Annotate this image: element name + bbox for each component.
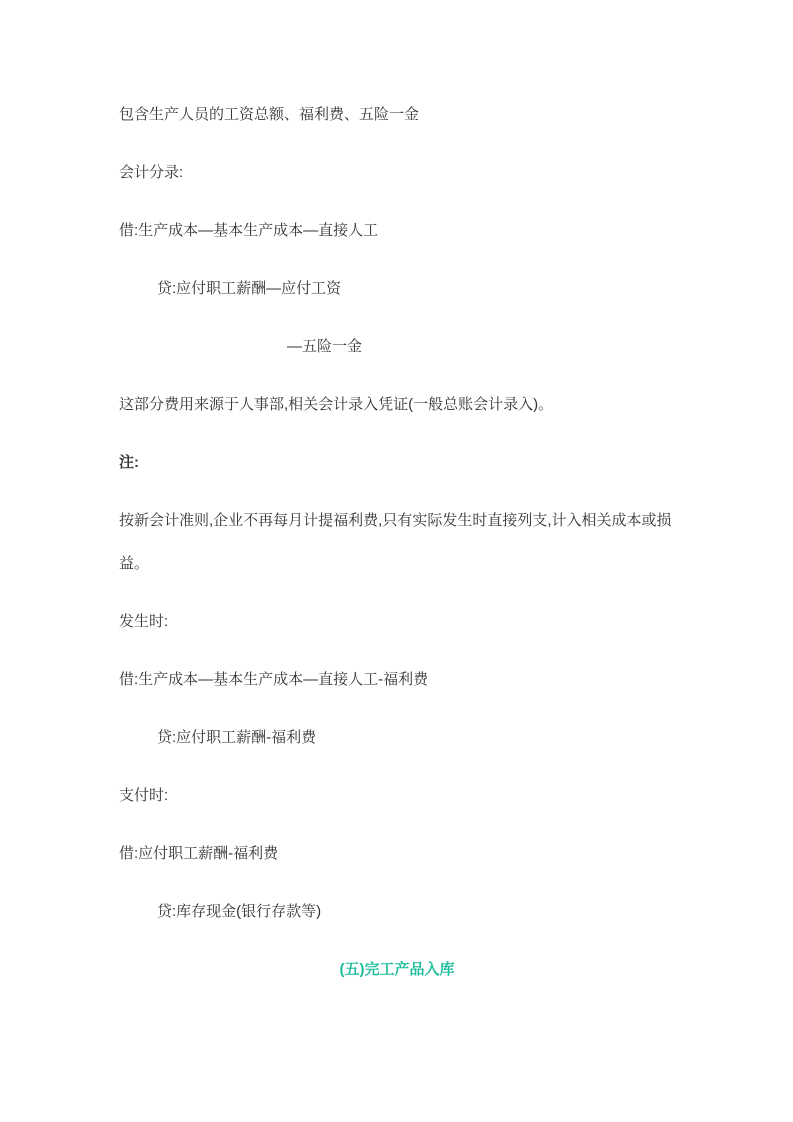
journal-credit-line-1: 贷:应付职工薪酬—应付工资 — [119, 267, 675, 310]
note-body: 按新会计准则,企业不再每月计提福利费,只有实际发生时直接列支,计入相关成本或损益… — [119, 499, 675, 585]
document-page: 包含生产人员的工资总额、福利费、五险一金 会计分录: 借:生产成本—基本生产成本… — [0, 0, 793, 1122]
journal-debit-line-2: 借:生产成本—基本生产成本—直接人工-福利费 — [119, 658, 675, 701]
note-label: 注: — [119, 441, 675, 484]
para-source-note: 这部分费用来源于人事部,相关会计录入凭证(一般总账会计录入)。 — [119, 383, 675, 426]
journal-debit-line-3: 借:应付职工薪酬-福利费 — [119, 832, 675, 875]
para-wage-scope: 包含生产人员的工资总额、福利费、五险一金 — [119, 93, 675, 136]
section-heading: (五)完工产品入库 — [119, 948, 675, 991]
journal-credit-line-4: 贷:库存现金(银行存款等) — [119, 890, 675, 933]
para-occurrence-label: 发生时: — [119, 600, 675, 643]
para-payment-label: 支付时: — [119, 774, 675, 817]
para-entry-title: 会计分录: — [119, 151, 675, 194]
journal-debit-line-1: 借:生产成本—基本生产成本—直接人工 — [119, 209, 675, 252]
journal-credit-line-3: 贷:应付职工薪酬-福利费 — [119, 716, 675, 759]
journal-credit-line-2: —五险一金 — [119, 325, 675, 368]
